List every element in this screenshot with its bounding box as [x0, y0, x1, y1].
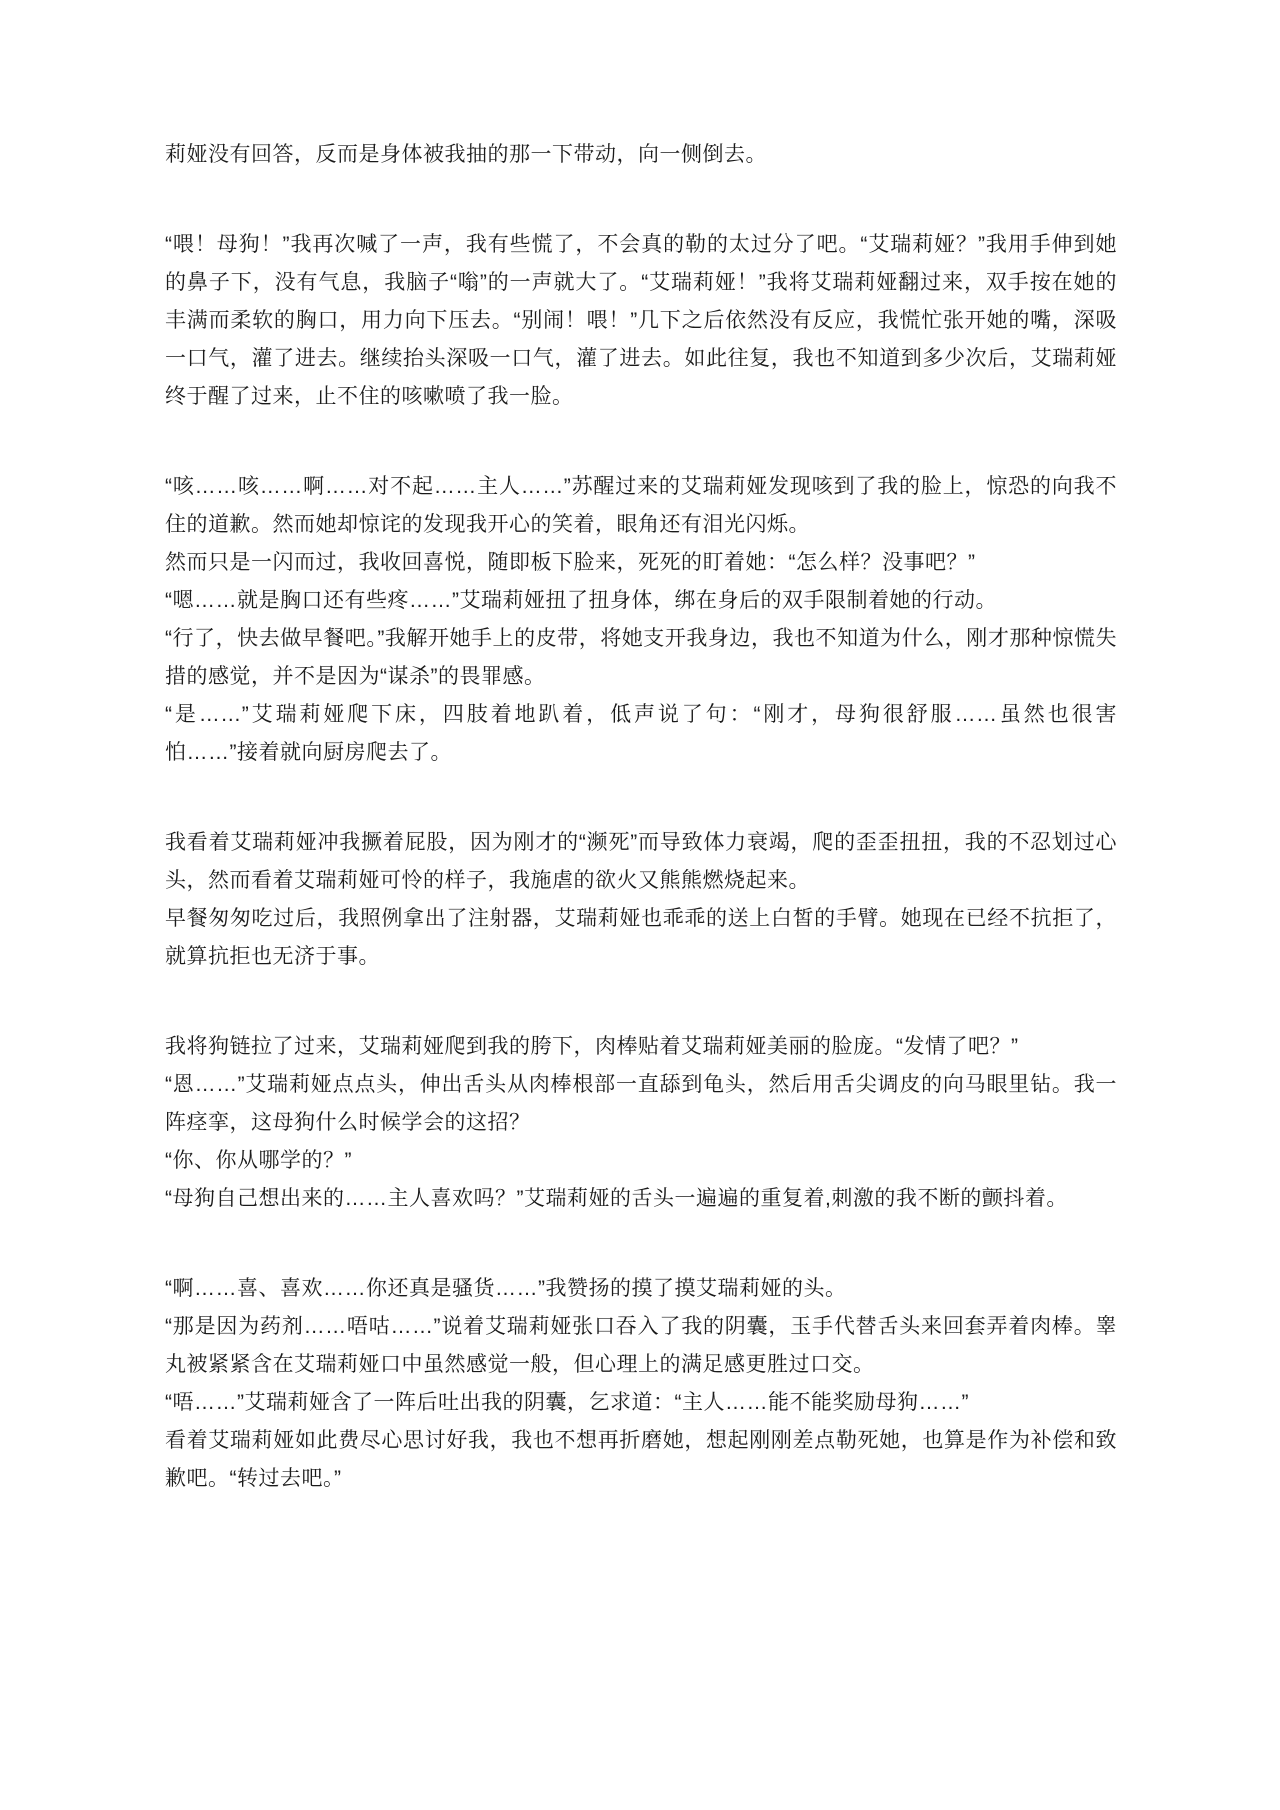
- paragraph-line: 我将狗链拉了过来，艾瑞莉娅爬到我的胯下，肉棒贴着艾瑞莉娅美丽的脸庞。“发情了吧？…: [165, 1028, 1117, 1066]
- paragraph-line: “恩……”艾瑞莉娅点点头，伸出舌头从肉棒根部一直舔到龟头，然后用舌尖调皮的向马眼…: [165, 1066, 1117, 1142]
- paragraph-line: “嗯……就是胸口还有些疼……”艾瑞莉娅扭了扭身体，绑在身后的双手限制着她的行动。: [165, 582, 1117, 620]
- paragraph-line: 然而只是一闪而过，我收回喜悦，随即板下脸来，死死的盯着她：“怎么样？没事吧？”: [165, 544, 1117, 582]
- paragraph-line: 莉娅没有回答，反而是身体被我抽的那一下带动，向一侧倒去。: [165, 136, 1117, 174]
- text-block: “喂！母狗！”我再次喊了一声，我有些慌了，不会真的勒的太过分了吧。“艾瑞莉娅？”…: [165, 226, 1117, 416]
- text-block: “啊……喜、喜欢……你还真是骚货……”我赞扬的摸了摸艾瑞莉娅的头。 “那是因为药…: [165, 1270, 1117, 1498]
- paragraph-line: 早餐匆匆吃过后，我照例拿出了注射器，艾瑞莉娅也乖乖的送上白皙的手臂。她现在已经不…: [165, 900, 1117, 976]
- paragraph-line: “咳……咳……啊……对不起……主人……”苏醒过来的艾瑞莉娅发现咳到了我的脸上，惊…: [165, 468, 1117, 544]
- text-block: 我看着艾瑞莉娅冲我撅着屁股，因为刚才的“濒死”而导致体力衰竭，爬的歪歪扭扭，我的…: [165, 824, 1117, 976]
- paragraph-line: “喂！母狗！”我再次喊了一声，我有些慌了，不会真的勒的太过分了吧。“艾瑞莉娅？”…: [165, 226, 1117, 416]
- paragraph-line: 我看着艾瑞莉娅冲我撅着屁股，因为刚才的“濒死”而导致体力衰竭，爬的歪歪扭扭，我的…: [165, 824, 1117, 900]
- paragraph-line: “那是因为药剂……唔咕……”说着艾瑞莉娅张口吞入了我的阴囊，玉手代替舌头来回套弄…: [165, 1308, 1117, 1384]
- text-block: 我将狗链拉了过来，艾瑞莉娅爬到我的胯下，肉棒贴着艾瑞莉娅美丽的脸庞。“发情了吧？…: [165, 1028, 1117, 1218]
- paragraph-line: “是……”艾瑞莉娅爬下床，四肢着地趴着，低声说了句：“刚才，母狗很舒服……虽然也…: [165, 696, 1117, 772]
- document-page: 莉娅没有回答，反而是身体被我抽的那一下带动，向一侧倒去。 “喂！母狗！”我再次喊…: [165, 136, 1117, 1498]
- paragraph-line: “你、你从哪学的？”: [165, 1142, 1117, 1180]
- text-block: 莉娅没有回答，反而是身体被我抽的那一下带动，向一侧倒去。: [165, 136, 1117, 174]
- paragraph-line: “啊……喜、喜欢……你还真是骚货……”我赞扬的摸了摸艾瑞莉娅的头。: [165, 1270, 1117, 1308]
- paragraph-line: “唔……”艾瑞莉娅含了一阵后吐出我的阴囊，乞求道：“主人……能不能奖励母狗……”: [165, 1384, 1117, 1422]
- paragraph-line: “母狗自己想出来的……主人喜欢吗？”艾瑞莉娅的舌头一遍遍的重复着,刺激的我不断的…: [165, 1180, 1117, 1218]
- text-block: “咳……咳……啊……对不起……主人……”苏醒过来的艾瑞莉娅发现咳到了我的脸上，惊…: [165, 468, 1117, 772]
- paragraph-line: 看着艾瑞莉娅如此费尽心思讨好我，我也不想再折磨她，想起刚刚差点勒死她，也算是作为…: [165, 1422, 1117, 1498]
- paragraph-line: “行了，快去做早餐吧。”我解开她手上的皮带，将她支开我身边，我也不知道为什么，刚…: [165, 620, 1117, 696]
